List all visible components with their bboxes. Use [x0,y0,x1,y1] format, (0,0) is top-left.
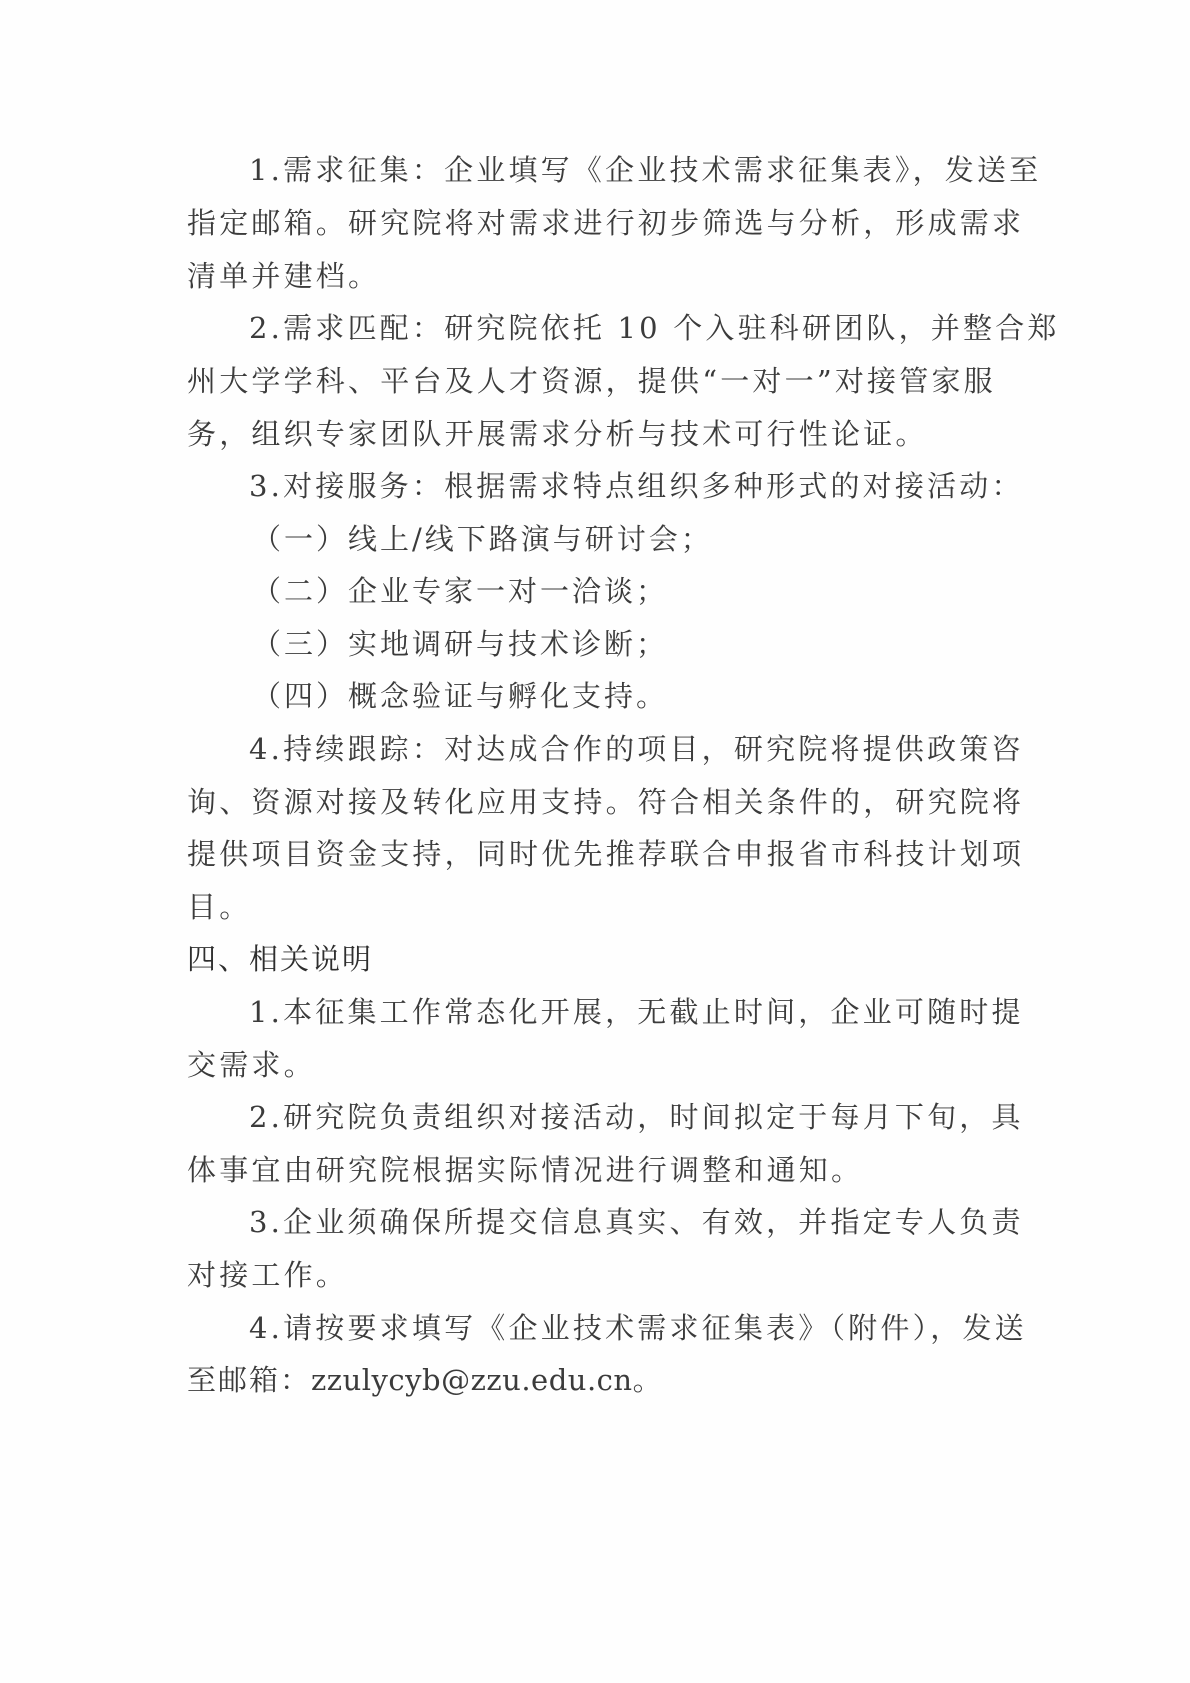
list-item: （四）概念验证与孵化支持。 [252,676,1082,716]
email-label: 至邮箱： [187,1363,311,1397]
paragraph-line: 3.对接服务：根据需求特点组织多种形式的对接活动： [249,466,1079,506]
document-page: 1.需求征集：企业填写《企业技术需求征集表》，发送至 指定邮箱。研究院将对需求进… [0,0,1190,1683]
paragraph-line: 1.需求征集：企业填写《企业技术需求征集表》，发送至 [249,150,1079,190]
list-item: （一）线上/线下路演与研讨会； [252,519,1082,559]
paragraph-line: 提供项目资金支持，同时优先推荐联合申报省市科技计划项 [187,834,1017,874]
paragraph-line: 4.请按要求填写《企业技术需求征集表》（附件），发送 [249,1308,1079,1348]
paragraph-line: 询、资源对接及转化应用支持。符合相关条件的，研究院将 [187,782,1017,822]
email-address: zzulycyb@zzu.edu.cn [311,1363,633,1397]
paragraph-line: 州大学学科、平台及人才资源，提供“一对一”对接管家服 [187,361,1017,401]
paragraph-line: 2.需求匹配：研究院依托 10 个入驻科研团队，并整合郑 [249,308,1079,348]
paragraph-line: 3.企业须确保所提交信息真实、有效，并指定专人负责 [249,1202,1079,1242]
paragraph-line: 清单并建档。 [187,256,1017,296]
list-item: （二）企业专家一对一洽谈； [252,571,1082,611]
paragraph-line: 对接工作。 [187,1255,1017,1295]
paragraph-line: 目。 [187,887,1017,927]
paragraph-line: 体事宜由研究院根据实际情况进行调整和通知。 [187,1150,1017,1190]
paragraph-line: 务，组织专家团队开展需求分析与技术可行性论证。 [187,414,1017,454]
paragraph-line: 交需求。 [187,1045,1017,1085]
paragraph-line: 4.持续跟踪：对达成合作的项目，研究院将提供政策咨 [249,729,1079,769]
sentence-end: 。 [633,1363,664,1397]
paragraph-line: 1.本征集工作常态化开展，无截止时间，企业可随时提 [249,992,1079,1032]
paragraph-line: 2.研究院负责组织对接活动，时间拟定于每月下旬，具 [249,1097,1079,1137]
paragraph-line: 指定邮箱。研究院将对需求进行初步筛选与分析，形成需求 [187,203,1017,243]
paragraph-line: 至邮箱：zzulycyb@zzu.edu.cn。 [187,1360,1017,1400]
list-item: （三）实地调研与技术诊断； [252,624,1082,664]
section-heading: 四、相关说明 [187,939,1017,979]
